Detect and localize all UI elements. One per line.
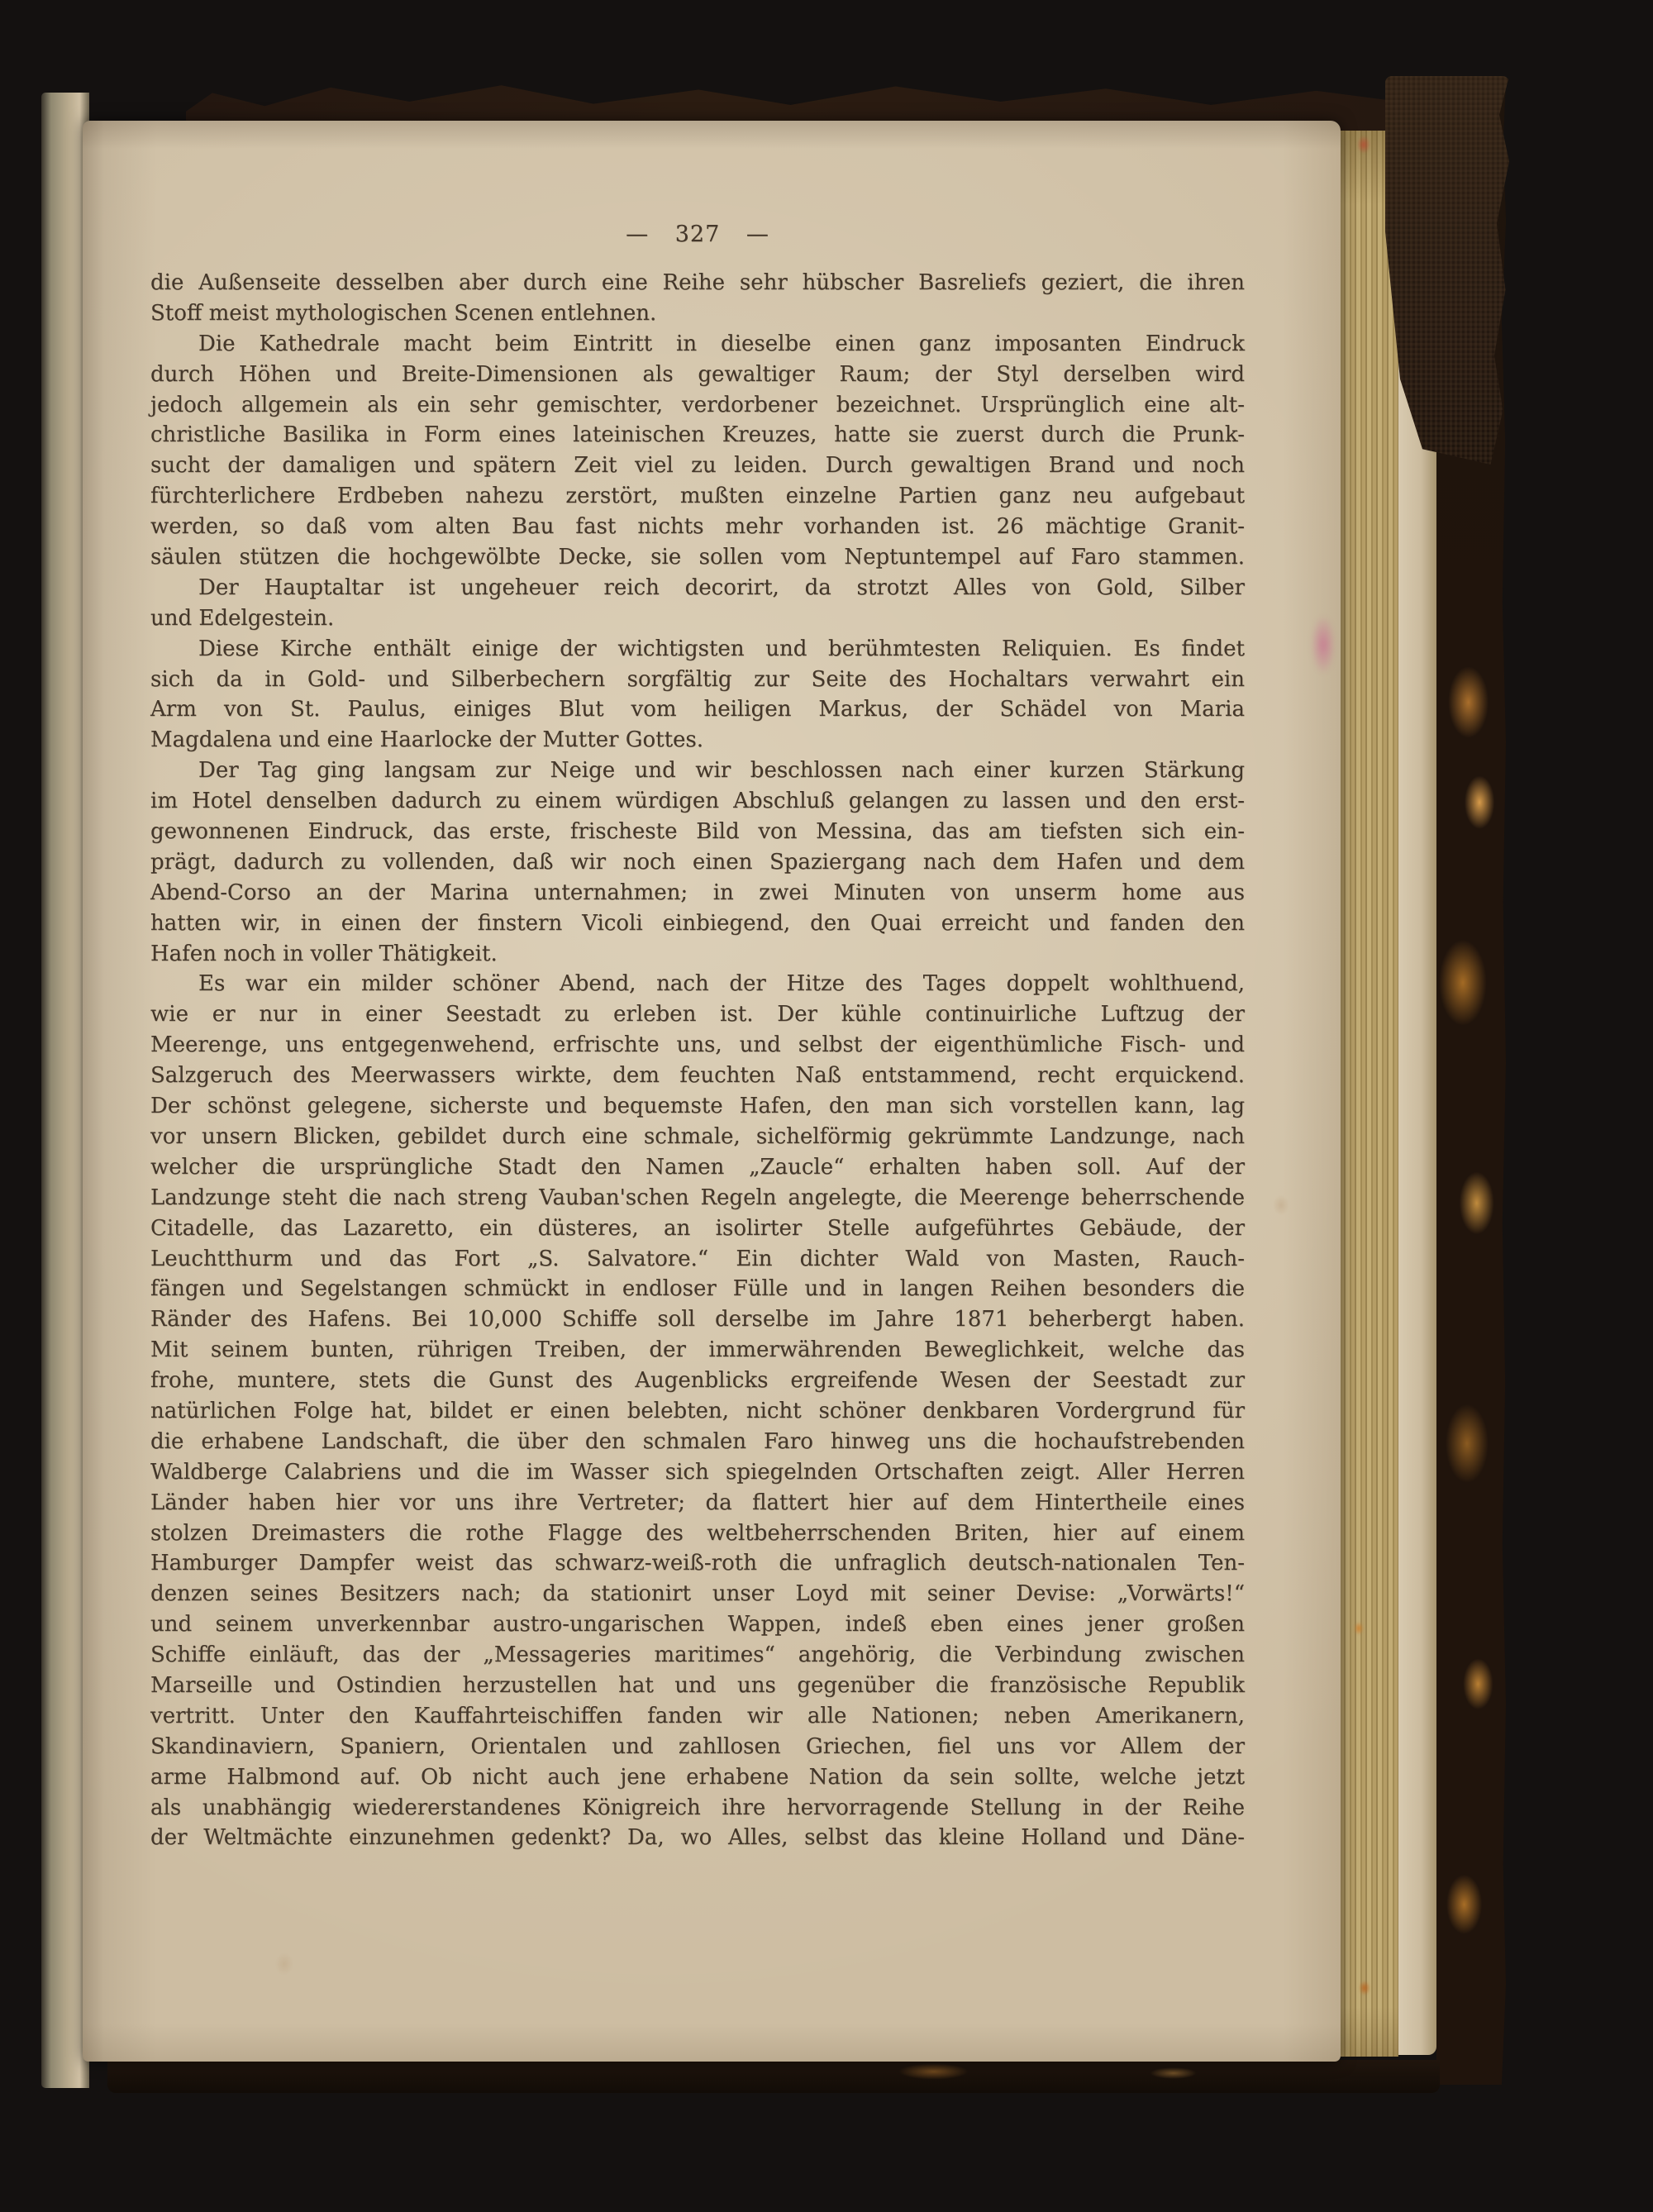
text-line: stolzen Dreimasters die rothe Flagge des… bbox=[150, 1518, 1245, 1549]
text-line: vor unsern Blicken, gebildet durch eine … bbox=[150, 1122, 1245, 1152]
text-line: natürlichen Folge hat, bildet er einen b… bbox=[150, 1396, 1245, 1427]
text-line: der Weltmächte einzunehmen gedenkt? Da, … bbox=[150, 1823, 1245, 1853]
text-line: Hafen noch in voller Thätigkeit. bbox=[150, 939, 1245, 970]
text-line: Hamburger Dampfer weist das schwarz-weiß… bbox=[150, 1548, 1245, 1579]
text-line: Leuchtthurm und das Fort „S. Salvatore.“… bbox=[150, 1244, 1245, 1275]
text-line: die Außenseite desselben aber durch eine… bbox=[150, 268, 1245, 298]
text-line: Citadelle, das Lazaretto, ein düsteres, … bbox=[150, 1213, 1245, 1244]
text-line: Skandinaviern, Spaniern, Orientalen und … bbox=[150, 1732, 1245, 1762]
text-block: die Außenseite desselben aber durch eine… bbox=[150, 268, 1245, 1853]
text-line: werden, so daß vom alten Bau fast nichts… bbox=[150, 512, 1245, 542]
book-cover-bottom-edge bbox=[107, 2060, 1440, 2093]
text-line: Mit seinem bunten, rührigen Treiben, der… bbox=[150, 1335, 1245, 1366]
text-line: Waldberge Calabriens und die im Wasser s… bbox=[150, 1457, 1245, 1488]
text-line: Der Tag ging langsam zur Neige und wir b… bbox=[150, 756, 1245, 786]
text-line: Der schönst gelegene, sicherste und bequ… bbox=[150, 1091, 1245, 1122]
text-line: arme Halbmond auf. Ob nicht auch jene er… bbox=[150, 1762, 1245, 1793]
text-line: durch Höhen und Breite-Dimensionen als g… bbox=[150, 360, 1245, 390]
text-line: jedoch allgemein als ein sehr gemischter… bbox=[150, 390, 1245, 421]
text-line: und seinem unverkennbar austro-ungarisch… bbox=[150, 1609, 1245, 1640]
text-line: Länder haben hier vor uns ihre Vertreter… bbox=[150, 1488, 1245, 1518]
text-line: fürchterlichere Erdbeben nahezu zerstört… bbox=[150, 481, 1245, 512]
pink-stain-artifact bbox=[1311, 615, 1336, 675]
text-line: gewonnenen Eindruck, das erste, frisches… bbox=[150, 817, 1245, 847]
scanned-book-photo: — 327 — die Außenseite desselben aber du… bbox=[0, 0, 1653, 2212]
text-line: und Edelgestein. bbox=[150, 603, 1245, 634]
text-line: Magdalena und eine Haarlocke der Mutter … bbox=[150, 725, 1245, 756]
text-line: prägt, dadurch zu vollenden, daß wir noc… bbox=[150, 847, 1245, 878]
text-line: Es war ein milder schöner Abend, nach de… bbox=[150, 969, 1245, 999]
red-speck-artifact bbox=[1357, 136, 1370, 154]
text-line: Salzgeruch des Meerwassers wirkte, dem f… bbox=[150, 1061, 1245, 1091]
text-line: welcher die ursprüngliche Stadt den Name… bbox=[150, 1152, 1245, 1183]
text-line: christliche Basilika in Form eines latei… bbox=[150, 420, 1245, 451]
text-line: als unabhängig wiedererstandenes Königre… bbox=[150, 1793, 1245, 1823]
text-line: Der Hauptaltar ist ungeheuer reich decor… bbox=[150, 573, 1245, 603]
text-line: säulen stützen die hochgewölbte Decke, s… bbox=[150, 542, 1245, 573]
text-line: Die Kathedrale macht beim Eintritt in di… bbox=[150, 329, 1245, 360]
text-line: Meerenge, uns entgegenwehend, erfrischte… bbox=[150, 1030, 1245, 1061]
text-line: fängen und Segelstangen schmückt in endl… bbox=[150, 1274, 1245, 1304]
text-line: Ränder des Hafens. Bei 10,000 Schiffe so… bbox=[150, 1304, 1245, 1335]
text-line: sucht der damaligen und spätern Zeit vie… bbox=[150, 451, 1245, 481]
text-line: denzen seines Besitzers nach; da station… bbox=[150, 1579, 1245, 1609]
orange-speck-artifact bbox=[1354, 1622, 1364, 1635]
page-number: — 327 — bbox=[150, 222, 1245, 247]
text-line: Diese Kirche enthält einige der wichtigs… bbox=[150, 634, 1245, 665]
text-line: sich da in Gold- und Silberbechern sorgf… bbox=[150, 665, 1245, 695]
text-line: Stoff meist mythologischen Scenen entleh… bbox=[150, 298, 1245, 329]
page-block-fore-edge bbox=[1341, 131, 1398, 2057]
text-line: Marseille und Ostindien herzustellen hat… bbox=[150, 1671, 1245, 1701]
text-line: im Hotel denselben dadurch zu einem würd… bbox=[150, 786, 1245, 817]
orange-speck-artifact bbox=[1359, 1981, 1370, 1995]
text-line: Abend-Corso an der Marina unternahmen; i… bbox=[150, 878, 1245, 908]
text-line: vertritt. Unter den Kauffahrteischiffen … bbox=[150, 1701, 1245, 1732]
text-line: Schiffe einläuft, das der „Messageries m… bbox=[150, 1640, 1245, 1671]
book-page: — 327 — die Außenseite desselben aber du… bbox=[83, 121, 1341, 2062]
text-line: die erhabene Landschaft, die über den sc… bbox=[150, 1427, 1245, 1457]
text-line: Landzunge steht die nach streng Vauban's… bbox=[150, 1183, 1245, 1213]
text-line: Arm von St. Paulus, einiges Blut vom hei… bbox=[150, 694, 1245, 725]
text-line: frohe, muntere, stets die Gunst des Auge… bbox=[150, 1366, 1245, 1396]
text-line: hatten wir, in einen der finstern Vicoli… bbox=[150, 908, 1245, 939]
text-line: wie er nur in einer Seestadt zu erleben … bbox=[150, 999, 1245, 1030]
